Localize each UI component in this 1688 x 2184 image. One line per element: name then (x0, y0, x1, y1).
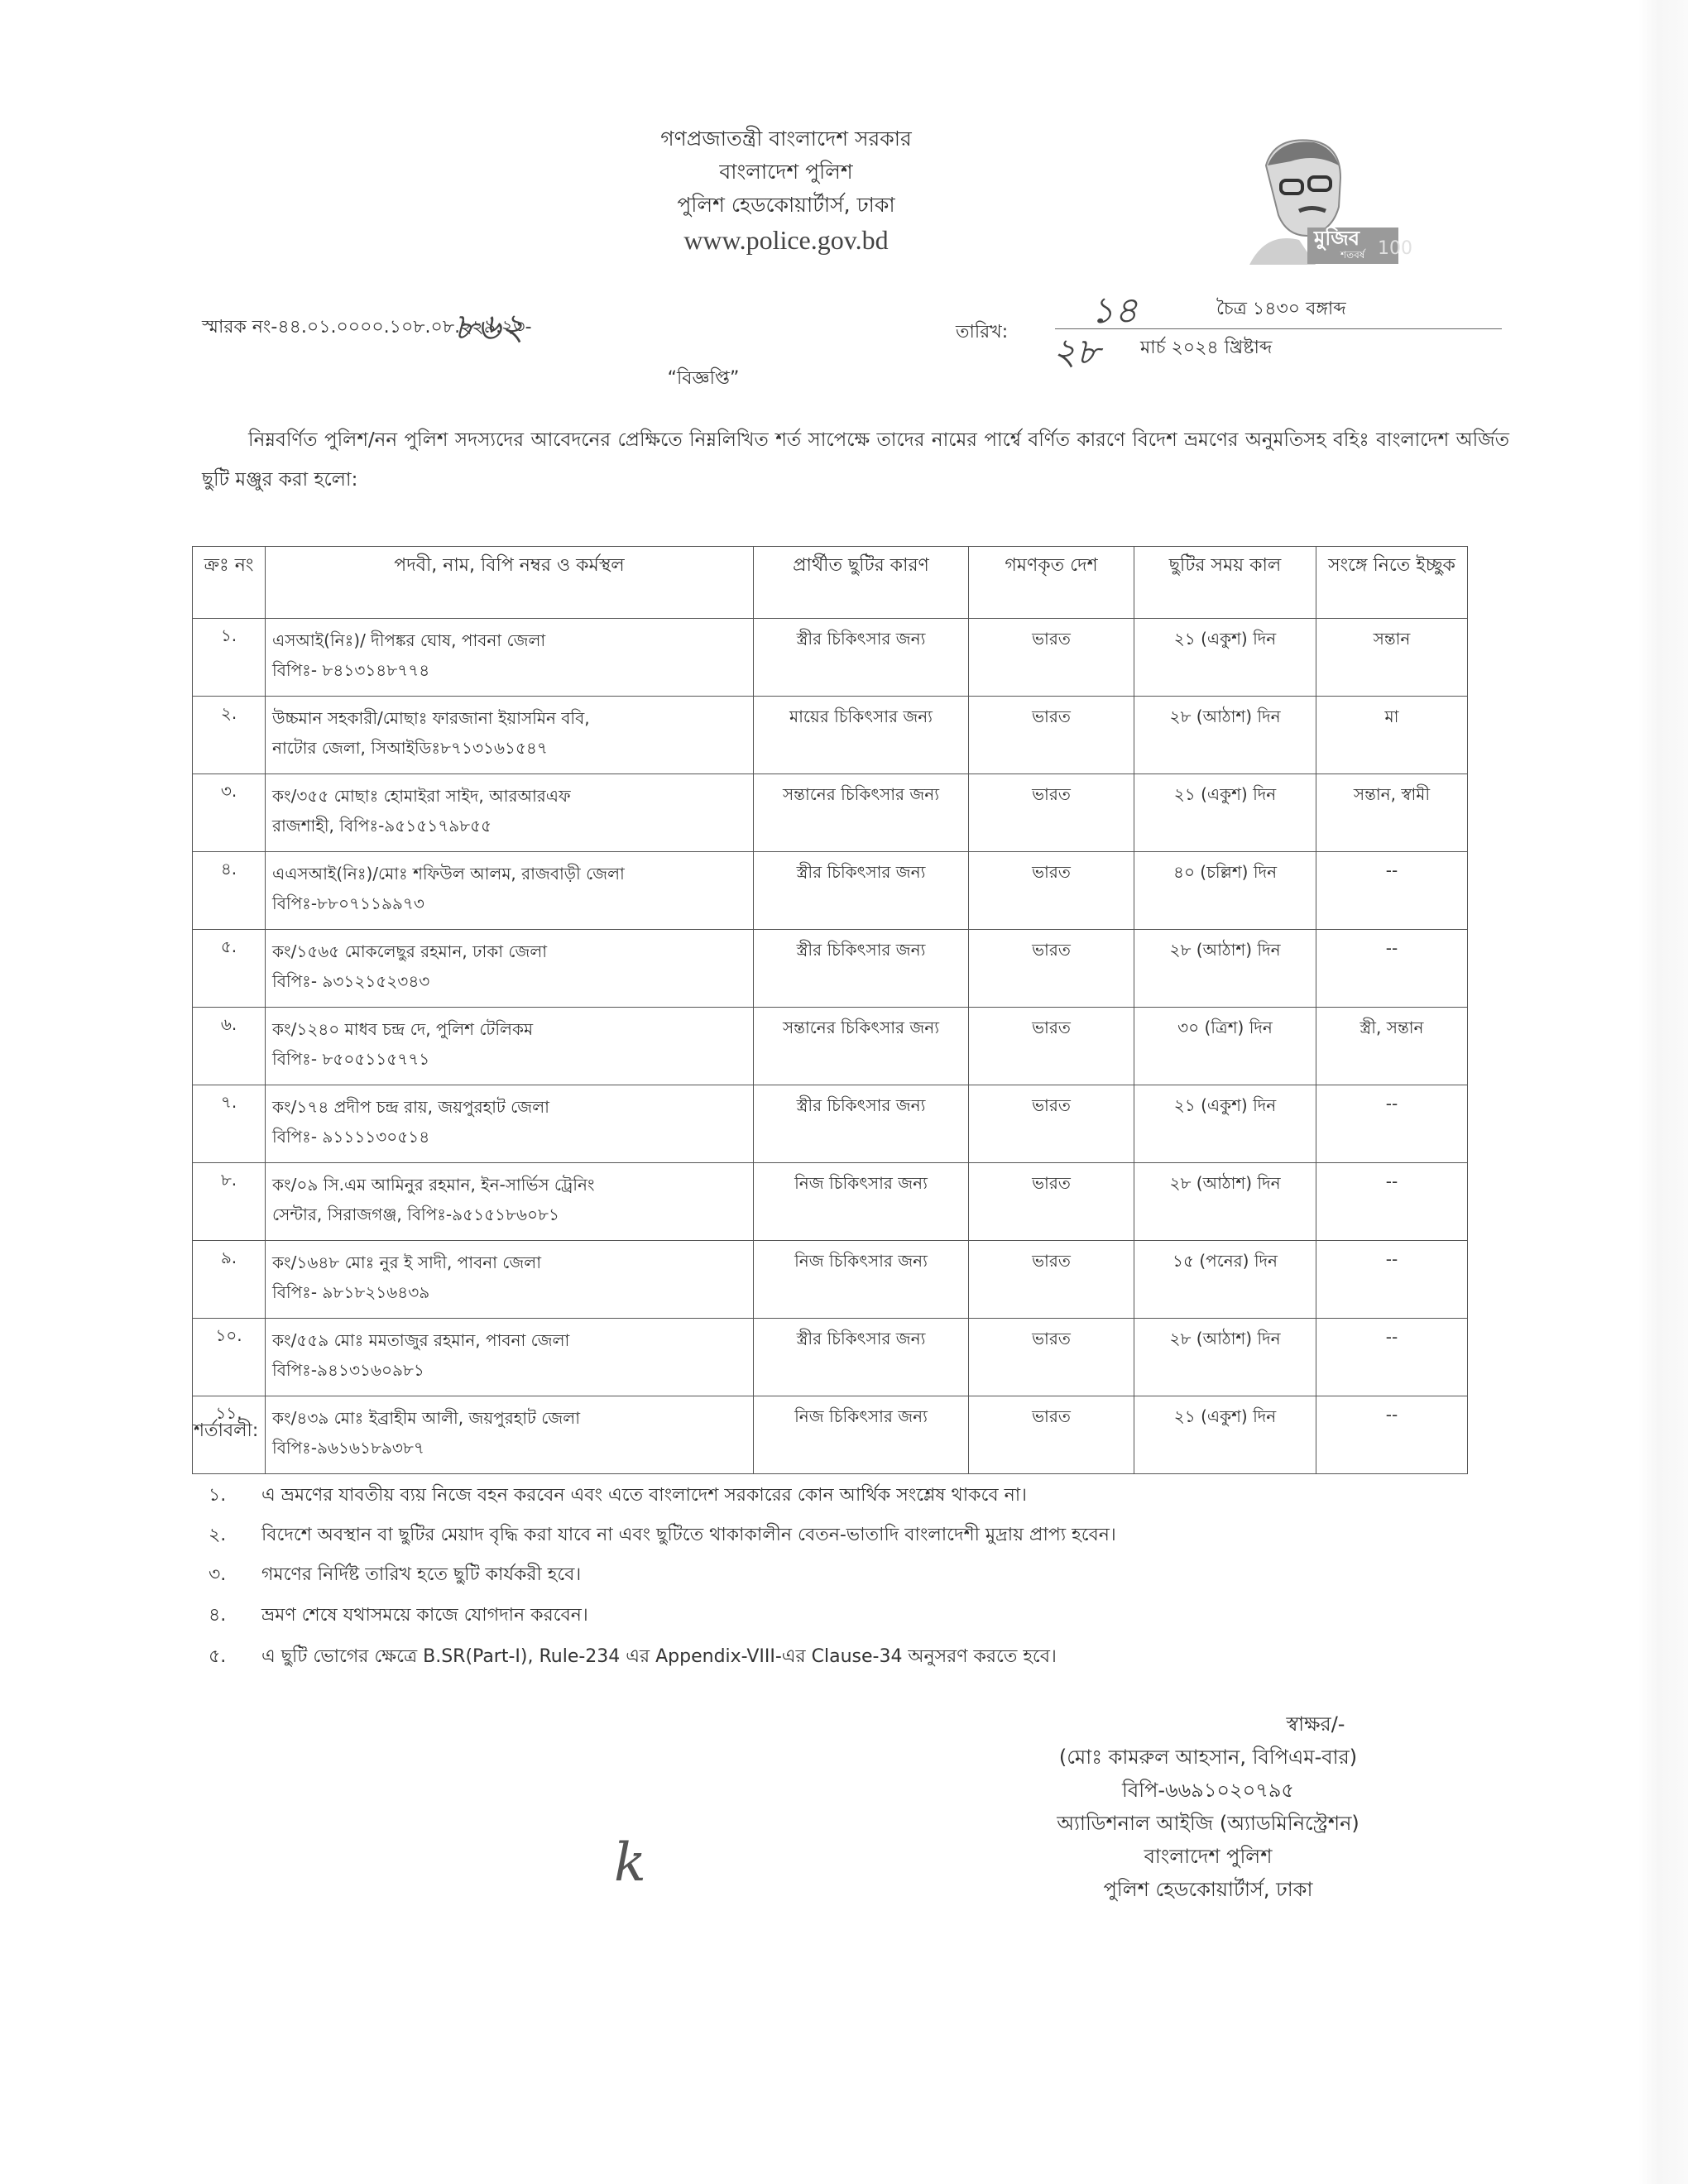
signatory-org: বাংলাদেশ পুলিশ (952, 1840, 1465, 1873)
row-country: ভারত (969, 774, 1134, 852)
signature-mark: স্বাক্ষর/- (952, 1707, 1465, 1741)
row-name: উচ্চমান সহকারী/মোছাঃ ফারজানা ইয়াসমিন বব… (266, 697, 754, 774)
table-row: ৭.কং/১৭৪ প্রদীপ চন্দ্র রায়, জয়পুরহাট জ… (193, 1085, 1468, 1163)
table-row: ২.উচ্চমান সহকারী/মোছাঃ ফারজানা ইয়াসমিন … (193, 697, 1468, 774)
scan-edge-shadow (1638, 0, 1688, 2184)
row-companion: -- (1316, 852, 1468, 930)
condition-number: ৫. (209, 1642, 261, 1673)
row-reason: স্ত্রীর চিকিৎসার জন্য (754, 930, 969, 1008)
col-companion: সংঙ্গে নিতে ইচ্ছুক (1316, 547, 1468, 619)
signatory-designation: অ্যাডিশনাল আইজি (অ্যাডমিনিস্ট্রেশন) (952, 1807, 1465, 1840)
col-serial: ক্রঃ নং (193, 547, 266, 619)
handwritten-initial: k (614, 1832, 646, 1894)
leave-table: ক্রঃ নং পদবী, নাম, বিপি নম্বর ও কর্মস্থল… (192, 546, 1468, 1474)
row-duration: ৩০ (ত্রিশ) দিন (1134, 1008, 1316, 1085)
condition-number: ৪. (209, 1601, 261, 1631)
mujib-centenary-logo: মুজিব শতবর্ষ 100 (1216, 132, 1415, 265)
condition-number: ২. (209, 1521, 261, 1551)
notice-title: “বিজ্ঞপ্তি” (563, 364, 844, 395)
row-name-line1: কং/৪৩৯ মোঃ ইব্রাহীম আলী, জয়পুরহাট জেলা (272, 1403, 746, 1433)
col-country: গমণকৃত দেশ (969, 547, 1134, 619)
row-name: কং/০৯ সি.এম আমিনুর রহমান, ইন-সার্ভিস ট্র… (266, 1163, 754, 1241)
row-country: ভারত (969, 930, 1134, 1008)
row-name-line1: কং/১৫৬৫ মোকলেছুর রহমান, ঢাকা জেলা (272, 936, 746, 966)
signatory-office: পুলিশ হেডকোয়ার্টার্স, ঢাকা (952, 1873, 1465, 1906)
condition-text: গমণের নির্দিষ্ট তারিখ হতে ছুটি কার্যকরী … (261, 1564, 581, 1585)
row-reason: নিজ চিকিৎসার জন্য (754, 1396, 969, 1474)
row-name-line1: এসআই(নিঃ)/ দীপঙ্কর ঘোষ, পাবনা জেলা (272, 625, 746, 655)
row-duration: ২৮ (আঠাশ) দিন (1134, 930, 1316, 1008)
row-reason: সন্তানের চিকিৎসার জন্য (754, 774, 969, 852)
table-row: ৫.কং/১৫৬৫ মোকলেছুর রহমান, ঢাকা জেলাবিপিঃ… (193, 930, 1468, 1008)
table-row: ১১.কং/৪৩৯ মোঃ ইব্রাহীম আলী, জয়পুরহাট জে… (193, 1396, 1468, 1474)
letterhead-government: গণপ্রজাতন্ত্রী বাংলাদেশ সরকার (579, 122, 993, 156)
condition-item: ৩.গমণের নির্দিষ্ট তারিখ হতে ছুটি কার্যকর… (209, 1560, 581, 1591)
row-country: ভারত (969, 1319, 1134, 1396)
row-name-line2: বিপিঃ- ৯৩১২১৫২৩৪৩ (272, 966, 746, 996)
row-name-line1: কং/১২৪০ মাধব চন্দ্র দে, পুলিশ টেলিকম (272, 1014, 746, 1044)
row-duration: ২১ (একুশ) দিন (1134, 619, 1316, 697)
row-name: কং/৩৫৫ মোছাঃ হোমাইরা সাইদ, আরআরএফরাজশাহী… (266, 774, 754, 852)
row-companion: -- (1316, 1085, 1468, 1163)
row-name: এএসআই(নিঃ)/মোঃ শফিউল আলম, রাজবাড়ী জেলাব… (266, 852, 754, 930)
row-serial: ৬. (193, 1008, 266, 1085)
row-name: কং/১২৪০ মাধব চন্দ্র দে, পুলিশ টেলিকমবিপি… (266, 1008, 754, 1085)
row-country: ভারত (969, 1241, 1134, 1319)
table-row: ৬.কং/১২৪০ মাধব চন্দ্র দে, পুলিশ টেলিকমবি… (193, 1008, 1468, 1085)
row-name-line2: বিপিঃ- ৮৪১৩১৪৮৭৭৪ (272, 655, 746, 685)
table-row: ৩.কং/৩৫৫ মোছাঃ হোমাইরা সাইদ, আরআরএফরাজশা… (193, 774, 1468, 852)
table-row: ১.এসআই(নিঃ)/ দীপঙ্কর ঘোষ, পাবনা জেলাবিপি… (193, 619, 1468, 697)
row-companion: -- (1316, 1319, 1468, 1396)
row-duration: ২১ (একুশ) দিন (1134, 774, 1316, 852)
row-name-line2: নাটোর জেলা, সিআইডিঃ৮৭১৩১৬১৫৪৭ (272, 733, 746, 763)
row-serial: ১০. (193, 1319, 266, 1396)
row-name-line2: বিপিঃ- ৮৫০৫১১৫৭৭১ (272, 1044, 746, 1074)
col-duration: ছুটির সময় কাল (1134, 547, 1316, 619)
row-name: কং/৫৫৯ মোঃ মমতাজুর রহমান, পাবনা জেলাবিপি… (266, 1319, 754, 1396)
condition-text: বিদেশে অবস্থান বা ছুটির মেয়াদ বৃদ্ধি কর… (261, 1525, 1116, 1545)
col-reason: প্রার্থীত ছুটির কারণ (754, 547, 969, 619)
date-divider (1055, 328, 1502, 329)
row-duration: ১৫ (পনের) দিন (1134, 1241, 1316, 1319)
row-name: এসআই(নিঃ)/ দীপঙ্কর ঘোষ, পাবনা জেলাবিপিঃ-… (266, 619, 754, 697)
row-name-line1: কং/০৯ সি.এম আমিনুর রহমান, ইন-সার্ভিস ট্র… (272, 1170, 746, 1200)
row-name-line1: কং/৩৫৫ মোছাঃ হোমাইরা সাইদ, আরআরএফ (272, 781, 746, 811)
row-name-line2: বিপিঃ-৯৪১৩১৬০৯৮১ (272, 1355, 746, 1385)
row-name-line1: কং/১৬৪৮ মোঃ নুর ই সাদী, পাবনা জেলা (272, 1248, 746, 1277)
row-serial: ৪. (193, 852, 266, 930)
letterhead: গণপ্রজাতন্ত্রী বাংলাদেশ সরকার বাংলাদেশ প… (579, 122, 993, 258)
row-companion: -- (1316, 1163, 1468, 1241)
row-serial: ৮. (193, 1163, 266, 1241)
letterhead-website: www.police.gov.bd (579, 222, 993, 258)
table-header-row: ক্রঃ নং পদবী, নাম, বিপি নম্বর ও কর্মস্থল… (193, 547, 1468, 619)
table-row: ৮.কং/০৯ সি.এম আমিনুর রহমান, ইন-সার্ভিস ট… (193, 1163, 1468, 1241)
row-reason: সন্তানের চিকিৎসার জন্য (754, 1008, 969, 1085)
row-duration: ৪০ (চল্লিশ) দিন (1134, 852, 1316, 930)
memo-handwritten-number: ৮৬২ (453, 299, 525, 360)
condition-text: এ ছুটি ভোগের ক্ষেত্রে B.SR(Part-I), Rule… (261, 1646, 1057, 1667)
row-serial: ৭. (193, 1085, 266, 1163)
condition-item: ৪.ভ্রমণ শেষে যথাসময়ে কাজে যোগদান করবেন। (209, 1601, 588, 1631)
row-name-line1: উচ্চমান সহকারী/মোছাঃ ফারজানা ইয়াসমিন বব… (272, 703, 746, 733)
condition-item: ১.এ ভ্রমণের যাবতীয় ব্যয় নিজে বহন করবেন… (209, 1481, 1027, 1511)
row-reason: স্ত্রীর চিকিৎসার জন্য (754, 852, 969, 930)
row-duration: ২৮ (আঠাশ) দিন (1134, 697, 1316, 774)
condition-text: ভ্রমণ শেষে যথাসময়ে কাজে যোগদান করবেন। (261, 1605, 588, 1626)
row-companion: সন্তান, স্বামী (1316, 774, 1468, 852)
letterhead-police: বাংলাদেশ পুলিশ (579, 156, 993, 189)
row-country: ভারত (969, 619, 1134, 697)
row-country: ভারত (969, 1085, 1134, 1163)
row-name-line2: বিপিঃ- ৯৮১৮২১৬৪৩৯ (272, 1277, 746, 1307)
letterhead-hq: পুলিশ হেডকোয়ার্টার্স, ঢাকা (579, 189, 993, 222)
intro-paragraph: নিম্নবর্ণিত পুলিশ/নন পুলিশ সদস্যদের আবেদ… (202, 420, 1509, 500)
row-reason: স্ত্রীর চিকিৎসার জন্য (754, 1319, 969, 1396)
logo-caption-num: 100 (1378, 238, 1412, 259)
row-companion: -- (1316, 1396, 1468, 1474)
row-country: ভারত (969, 852, 1134, 930)
row-name-line1: কং/৫৫৯ মোঃ মমতাজুর রহমান, পাবনা জেলা (272, 1325, 746, 1355)
table-row: ১০.কং/৫৫৯ মোঃ মমতাজুর রহমান, পাবনা জেলাব… (193, 1319, 1468, 1396)
row-name-line2: সেন্টার, সিরাজগঞ্জ, বিপিঃ-৯৫১৫১৮৬০৮১ (272, 1200, 746, 1229)
row-country: ভারত (969, 1396, 1134, 1474)
row-reason: স্ত্রীর চিকিৎসার জন্য (754, 619, 969, 697)
logo-caption-sub: শতবর্ষ (1340, 248, 1364, 265)
row-name: কং/১৫৬৫ মোকলেছুর রহমান, ঢাকা জেলাবিপিঃ- … (266, 930, 754, 1008)
row-reason: স্ত্রীর চিকিৎসার জন্য (754, 1085, 969, 1163)
date-english-day: ২৮ (1053, 324, 1100, 385)
row-name-line2: বিপিঃ-৮৮০৭১১৯৯৭৩ (272, 888, 746, 918)
row-country: ভারত (969, 1008, 1134, 1085)
signatory-bp: বিপি-৬৬৯১০২০৭৯৫ (952, 1774, 1465, 1807)
signature-block: স্বাক্ষর/- (মোঃ কামরুল আহসান, বিপিএম-বার… (952, 1707, 1465, 1906)
row-duration: ২১ (একুশ) দিন (1134, 1085, 1316, 1163)
condition-number: ১. (209, 1481, 261, 1511)
row-country: ভারত (969, 1163, 1134, 1241)
row-serial: ৩. (193, 774, 266, 852)
row-name: কং/১৬৪৮ মোঃ নুর ই সাদী, পাবনা জেলাবিপিঃ-… (266, 1241, 754, 1319)
date-english: মার্চ ২০২৪ খ্রিষ্টাব্দ (1140, 333, 1272, 364)
row-duration: ২৮ (আঠাশ) দিন (1134, 1163, 1316, 1241)
row-name-line2: বিপিঃ-৯৬১৬১৮৯৩৮৭ (272, 1433, 746, 1463)
signatory-name: (মোঃ কামরুল আহসান, বিপিএম-বার) (952, 1741, 1465, 1774)
row-reason: নিজ চিকিৎসার জন্য (754, 1163, 969, 1241)
row-duration: ২৮ (আঠাশ) দিন (1134, 1319, 1316, 1396)
col-name: পদবী, নাম, বিপি নম্বর ও কর্মস্থল (266, 547, 754, 619)
row-serial: ১. (193, 619, 266, 697)
row-name-line2: রাজশাহী, বিপিঃ-৯৫১৫১৭৯৮৫৫ (272, 811, 746, 841)
condition-number: ৩. (209, 1560, 261, 1591)
row-companion: -- (1316, 1241, 1468, 1319)
row-companion: সন্তান (1316, 619, 1468, 697)
row-country: ভারত (969, 697, 1134, 774)
row-name-line1: এএসআই(নিঃ)/মোঃ শফিউল আলম, রাজবাড়ী জেলা (272, 859, 746, 888)
table-row: ৯.কং/১৬৪৮ মোঃ নুর ই সাদী, পাবনা জেলাবিপি… (193, 1241, 1468, 1319)
row-companion: মা (1316, 697, 1468, 774)
row-companion: স্ত্রী, সন্তান (1316, 1008, 1468, 1085)
row-serial: ৫. (193, 930, 266, 1008)
row-name-line1: কং/১৭৪ প্রদীপ চন্দ্র রায়, জয়পুরহাট জেল… (272, 1092, 746, 1122)
date-bangla: চৈত্র ১৪৩০ বঙ্গাব্দ (1216, 295, 1346, 325)
condition-text: এ ভ্রমণের যাবতীয় ব্যয় নিজে বহন করবেন এ… (261, 1485, 1027, 1506)
row-companion: -- (1316, 930, 1468, 1008)
row-name-line2: বিপিঃ- ৯১১১১৩০৫১৪ (272, 1122, 746, 1152)
row-duration: ২১ (একুশ) দিন (1134, 1396, 1316, 1474)
conditions-title: শর্তাবলী: (194, 1416, 258, 1447)
row-name: কং/৪৩৯ মোঃ ইব্রাহীম আলী, জয়পুরহাট জেলাব… (266, 1396, 754, 1474)
date-label: তারিখ: (956, 318, 1008, 348)
row-reason: নিজ চিকিৎসার জন্য (754, 1241, 969, 1319)
condition-item: ২.বিদেশে অবস্থান বা ছুটির মেয়াদ বৃদ্ধি … (209, 1521, 1116, 1551)
table-row: ৪.এএসআই(নিঃ)/মোঃ শফিউল আলম, রাজবাড়ী জেল… (193, 852, 1468, 930)
row-serial: ২. (193, 697, 266, 774)
row-name: কং/১৭৪ প্রদীপ চন্দ্র রায়, জয়পুরহাট জেল… (266, 1085, 754, 1163)
condition-item: ৫.এ ছুটি ভোগের ক্ষেত্রে B.SR(Part-I), Ru… (209, 1642, 1057, 1673)
row-serial: ৯. (193, 1241, 266, 1319)
row-reason: মায়ের চিকিৎসার জন্য (754, 697, 969, 774)
